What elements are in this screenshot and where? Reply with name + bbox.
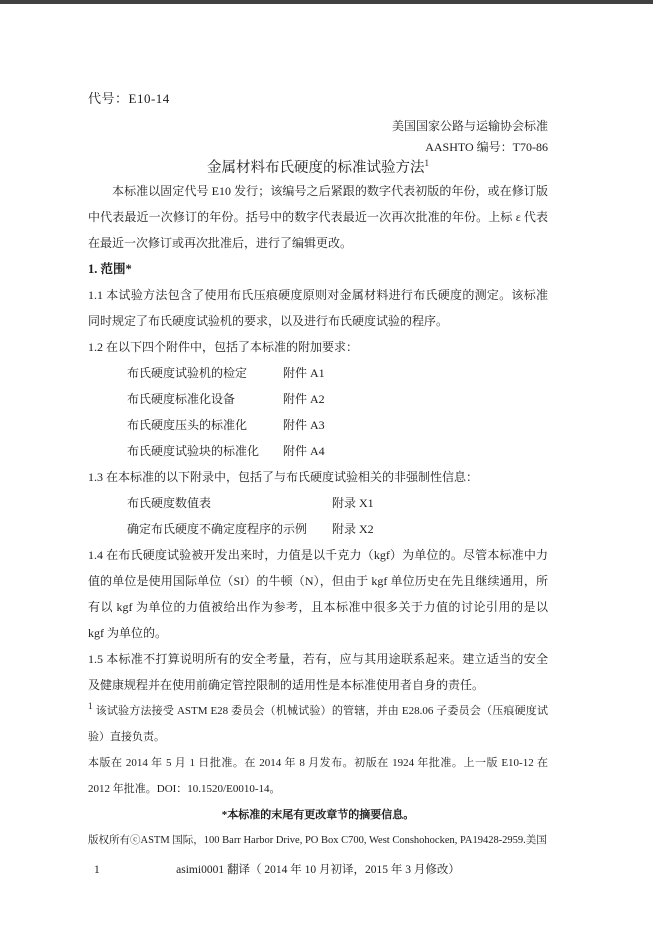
- annex-ref: 附件 A2: [283, 386, 325, 412]
- approval-note: 本版在 2014 年 5 月 1 日批准。在 2014 年 8 月发布。初版在 …: [88, 750, 548, 802]
- paragraph-1-1: 1.1 本试验方法包含了使用布氏压痕硬度原则对金属材料进行布氏硬度的测定。该标准…: [88, 282, 548, 334]
- org-standard-line: 美国国家公路与运输协会标准: [88, 116, 548, 137]
- paragraph-1-5: 1.5 本标准不打算说明所有的安全考量，若有，应与其用途联系起来。建立适当的安全…: [88, 646, 548, 698]
- translation-note: asimi0001 翻译（ 2014 年 10 月初译，2015 年 3 月修改…: [176, 864, 460, 876]
- document-title: 金属材料布氏硬度的标准试验方法1: [88, 158, 548, 178]
- paragraph-1-3: 1.3 在本标准的以下附录中，包括了与布氏硬度试验相关的非强制性信息：: [88, 464, 548, 490]
- annex-label: 布氏硬度压头的标准化: [127, 412, 283, 438]
- title-footnote-marker: 1: [425, 158, 430, 168]
- document-title-text: 金属材料布氏硬度的标准试验方法: [207, 160, 425, 176]
- changes-summary-note: *本标准的末尾有更改章节的摘要信息。: [88, 802, 548, 828]
- page-footer: 1 asimi0001 翻译（ 2014 年 10 月初译，2015 年 3 月…: [88, 861, 548, 879]
- org-header: 美国国家公路与运输协会标准 AASHTO 编号：T70-86: [88, 116, 548, 158]
- annex-row: 布氏硬度试验块的标准化 附件 A4: [88, 438, 548, 464]
- annex-row: 布氏硬度试验机的检定 附件 A1: [88, 360, 548, 386]
- intro-paragraph: 本标准以固定代号 E10 发行；该编号之后紧跟的数字代表初版的年份，或在修订版中…: [88, 178, 548, 256]
- annex-label: 布氏硬度试验机的检定: [127, 360, 283, 386]
- annex-ref: 附件 A1: [283, 360, 325, 386]
- page-number: 1: [94, 861, 100, 879]
- designation-code: 代号：E10-14: [88, 90, 548, 108]
- section-1-heading: 1. 范围*: [88, 256, 548, 282]
- annex-ref: 附件 A3: [283, 412, 325, 438]
- paragraph-1-4: 1.4 在布氏硬度试验被开发出来时，力值是以千克力（kgf）为单位的。尽管本标准…: [88, 542, 548, 646]
- footnote-1: 1该试验方法接受 ASTM E28 委员会（机械试验）的管辖，并由 E28.06…: [88, 698, 548, 750]
- appendix-row: 确定布氏硬度不确定度程序的示例 附录 X2: [88, 516, 548, 542]
- appendix-ref: 附录 X2: [332, 516, 374, 542]
- annex-ref: 附件 A4: [283, 438, 325, 464]
- annex-label: 布氏硬度试验块的标准化: [127, 438, 283, 464]
- aashto-number-line: AASHTO 编号：T70-86: [88, 137, 548, 158]
- paragraph-1-2: 1.2 在以下四个附件中，包括了本标准的附加要求：: [88, 334, 548, 360]
- appendix-ref: 附录 X1: [332, 490, 374, 516]
- annex-row: 布氏硬度压头的标准化 附件 A3: [88, 412, 548, 438]
- annex-row: 布氏硬度标准化设备 附件 A2: [88, 386, 548, 412]
- footnote-marker: 1: [88, 701, 93, 711]
- appendix-label: 确定布氏硬度不确定度程序的示例: [127, 516, 332, 542]
- footnote-text: 该试验方法接受 ASTM E28 委员会（机械试验）的管辖，并由 E28.06 …: [88, 705, 548, 743]
- appendix-label: 布氏硬度数值表: [127, 490, 332, 516]
- annex-label: 布氏硬度标准化设备: [127, 386, 283, 412]
- document-page: 代号：E10-14 美国国家公路与运输协会标准 AASHTO 编号：T70-86…: [88, 90, 548, 879]
- copyright-line: 版权所有ⓒASTM 国际，100 Barr Harbor Drive, PO B…: [88, 828, 548, 854]
- viewer-top-border: [0, 0, 653, 4]
- appendix-row: 布氏硬度数值表 附录 X1: [88, 490, 548, 516]
